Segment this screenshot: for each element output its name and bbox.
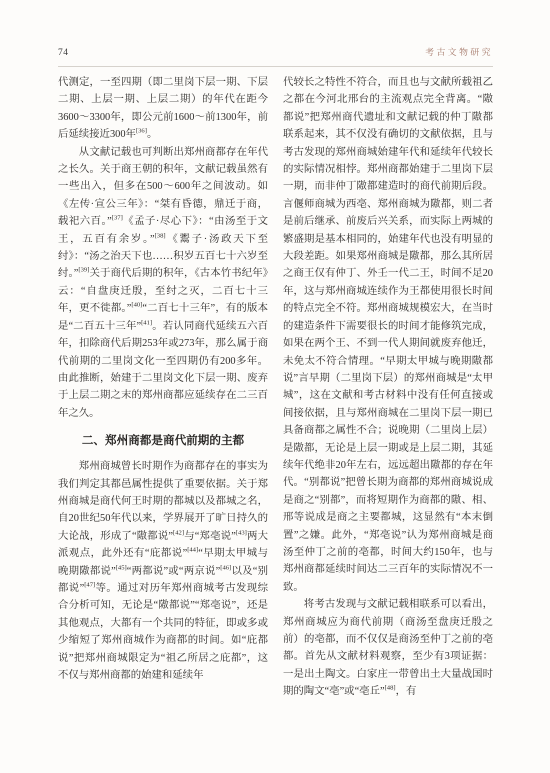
header-divider	[58, 66, 493, 67]
paragraph: 将考古发现与文献记载相联系可以看出，郑州商城应为商代前期（商汤至盘庚迁殷之前）的…	[283, 596, 493, 700]
paragraph: 郑州商城曾长时期作为商都存在的事实为我们判定其都邑属性提供了重要依据。关于郑州商…	[58, 458, 268, 684]
footnote-ref: [43]	[236, 529, 247, 536]
footnote-ref: [39]	[78, 267, 89, 274]
page-number: 74	[58, 47, 69, 59]
footnote-ref: [44]	[187, 547, 198, 554]
paragraph: 代较长之特性不符合，而且也与文献所载祖乙之都在今河北邢台的主流观点完全背离。“隞…	[283, 74, 493, 596]
section-heading: 二、郑州商都是商代前期的主都	[58, 432, 268, 449]
paragraph: 从文献记载也可判断出郑州商都存在年代之长久。关于商王朝的积年，文献记载虽然有一些…	[58, 144, 268, 423]
footnote-ref: [47]	[84, 582, 95, 589]
footnote-ref: [41]	[141, 319, 152, 326]
right-column: 代较长之特性不符合，而且也与文献所载祖乙之都在今河北邢台的主流观点完全背离。“隞…	[283, 74, 493, 701]
footnote-ref: [48]	[385, 685, 396, 692]
paragraph: 代测定，一至四期（即二里岗下层一期、下层二期、上层一期、上层二期）的年代在距今3…	[58, 74, 268, 144]
page-header: 74 考古文物研究	[58, 46, 493, 59]
article-body: 代测定，一至四期（即二里岗下层一期、下层二期、上层一期、上层二期）的年代在距今3…	[58, 74, 493, 701]
left-column: 代测定，一至四期（即二里岗下层一期、下层二期、上层一期、上层二期）的年代在距今3…	[58, 74, 268, 701]
document-page: 74 考古文物研究 代测定，一至四期（即二里岗下层一期、下层二期、上层一期、上层…	[0, 0, 550, 773]
footnote-ref: [37]	[112, 215, 123, 222]
journal-title: 考古文物研究	[425, 46, 493, 58]
footnote-ref: [46]	[220, 564, 231, 571]
footnote-ref: [42]	[173, 529, 184, 536]
footnote-ref: [40]	[131, 302, 142, 309]
footnote-ref: [45]	[116, 564, 127, 571]
footnote-ref: [38]	[155, 232, 166, 239]
footnote-ref: [36]	[136, 128, 147, 135]
